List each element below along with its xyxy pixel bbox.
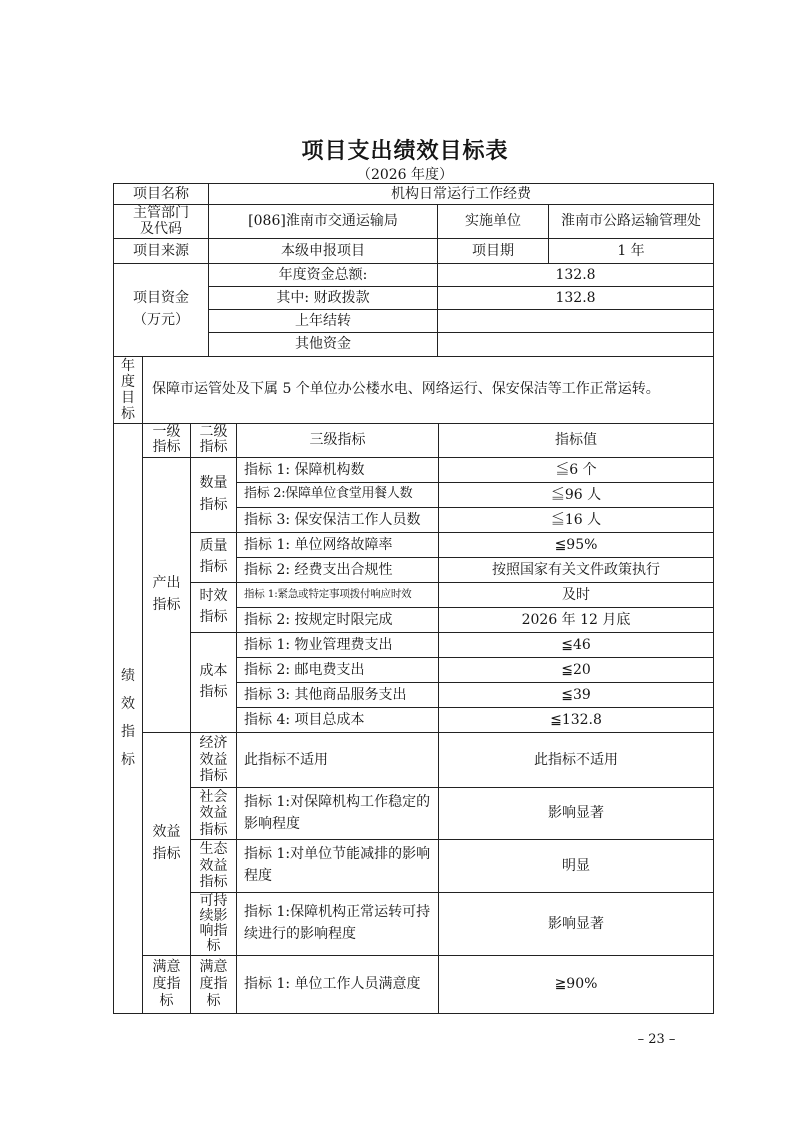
indicator-value-cell: ≦39 bbox=[439, 682, 714, 707]
indicator-value-cell: ≦20 bbox=[439, 657, 714, 682]
indicator-name-cell: 指标 1:保障机构正常运转可持续进行的影响程度 bbox=[237, 892, 439, 955]
project-name-value: 机构日常运行工作经费 bbox=[209, 184, 714, 205]
indicator-value-cell: 影响显著 bbox=[439, 892, 714, 955]
indicator-name-cell: 指标 1:对单位节能减排的影响程度 bbox=[237, 840, 439, 893]
indicator-value-cell: ≦6 个 bbox=[439, 457, 714, 482]
indicator-value-cell: 影响显著 bbox=[439, 787, 714, 840]
department-value: [086]淮南市交通运输局 bbox=[209, 205, 438, 239]
project-period-value: 1 年 bbox=[549, 238, 714, 263]
indicator-name-cell: 此指标不适用 bbox=[237, 732, 439, 787]
table-row: 项目来源 本级申报项目 项目期 1 年 bbox=[114, 238, 714, 263]
table-row: 年 度 目 标 保障市运管处及下属 5 个单位办公楼水电、网络运行、保安保洁等工… bbox=[114, 357, 714, 424]
indicator-value-cell: 2026 年 12 月底 bbox=[439, 607, 714, 632]
funding-total-value: 132.8 bbox=[438, 263, 714, 286]
indicator-name-cell: 指标 2: 邮电费支出 bbox=[237, 657, 439, 682]
table-row: 项目名称 机构日常运行工作经费 bbox=[114, 184, 714, 205]
indicator-value-cell: ≦96 人 bbox=[439, 482, 714, 507]
indicator-name-cell: 指标 1: 物业管理费支出 bbox=[237, 632, 439, 657]
table-row: 可持 续影 响指 标 指标 1:保障机构正常运转可持续进行的影响程度 影响显著 bbox=[114, 892, 714, 955]
level2-satisfaction: 满意 度指 标 bbox=[191, 955, 237, 1013]
performance-side-label: 绩 效 指 标 bbox=[114, 424, 143, 1014]
level2-quality: 质量 指标 bbox=[191, 532, 237, 582]
funding-fiscal-value: 132.8 bbox=[438, 286, 714, 309]
document-page: 项目支出绩效目标表 （2026 年度） 项目名称 机构日常运行工作经费 主管部门… bbox=[0, 0, 793, 1122]
funding-carryover-value bbox=[438, 309, 714, 332]
indicator-name-cell: 指标 1: 单位网络故障率 bbox=[237, 532, 439, 557]
annual-goal-table: 年 度 目 标 保障市运管处及下属 5 个单位办公楼水电、网络运行、保安保洁等工… bbox=[113, 356, 714, 424]
funding-label: 项目资金 （万元） bbox=[114, 263, 209, 356]
level2-social: 社会 效益 指标 bbox=[191, 787, 237, 840]
funding-total-label: 年度资金总额: bbox=[209, 263, 438, 286]
page-title: 项目支出绩效目标表 bbox=[97, 134, 713, 165]
indicator-name-cell: 指标 1: 保障机构数 bbox=[237, 457, 439, 482]
page-number: – 23 – bbox=[600, 1032, 713, 1047]
indicator-name-cell: 指标 2: 按规定时限完成 bbox=[237, 607, 439, 632]
table-row: 质量 指标 指标 1: 单位网络故障率 ≦95% bbox=[114, 532, 714, 557]
header-level2: 二级 指标 bbox=[191, 424, 237, 458]
indicator-name-cell: 指标 1:对保障机构工作稳定的影响程度 bbox=[237, 787, 439, 840]
indicator-value-cell: ≦16 人 bbox=[439, 507, 714, 532]
level2-cost: 成本 指标 bbox=[191, 632, 237, 732]
indicator-name-cell: 指标 3: 其他商品服务支出 bbox=[237, 682, 439, 707]
level2-ecological: 生态 效益 指标 bbox=[191, 840, 237, 893]
table-row: 项目资金 （万元） 年度资金总额: 132.8 bbox=[114, 263, 714, 286]
indicator-name-cell: 指标 3: 保安保洁工作人员数 bbox=[237, 507, 439, 532]
performance-indicator-table: 绩 效 指 标 一级 指标 二级 指标 三级指标 指标值 产出 指标 数量 指标… bbox=[113, 423, 714, 1014]
table-row: 效益 指标 经济 效益 指标 此指标不适用 此指标不适用 bbox=[114, 732, 714, 787]
indicator-value-cell: 此指标不适用 bbox=[439, 732, 714, 787]
table-row: 社会 效益 指标 指标 1:对保障机构工作稳定的影响程度 影响显著 bbox=[114, 787, 714, 840]
table-row: 满意 度指 标 满意 度指 标 指标 1: 单位工作人员满意度 ≧90% bbox=[114, 955, 714, 1013]
level1-satisfaction: 满意 度指 标 bbox=[143, 955, 191, 1013]
project-source-value: 本级申报项目 bbox=[209, 238, 438, 263]
indicator-value-cell: ≦46 bbox=[439, 632, 714, 657]
indicator-name-cell: 指标 2: 经费支出合规性 bbox=[237, 557, 439, 582]
funding-carryover-label: 上年结转 bbox=[209, 309, 438, 332]
indicator-name-cell: 指标 4: 项目总成本 bbox=[237, 707, 439, 732]
funding-fiscal-label: 其中: 财政拨款 bbox=[209, 286, 438, 309]
indicator-value-cell: ≦132.8 bbox=[439, 707, 714, 732]
project-source-label: 项目来源 bbox=[114, 238, 209, 263]
indicator-name-cell: 指标 2:保障单位食堂用餐人数 bbox=[237, 482, 439, 507]
annual-goal-text: 保障市运管处及下属 5 个单位办公楼水电、网络运行、保安保洁等工作正常运转。 bbox=[143, 357, 714, 424]
impl-unit-value: 淮南市公路运输管理处 bbox=[549, 205, 714, 239]
annual-goal-label: 年 度 目 标 bbox=[114, 357, 143, 424]
header-value: 指标值 bbox=[439, 424, 714, 458]
level2-quantity: 数量 指标 bbox=[191, 457, 237, 532]
indicator-value-cell: 明显 bbox=[439, 840, 714, 893]
indicator-name-cell: 指标 1:紧急或特定事项拨付响应时效 bbox=[237, 582, 439, 607]
funding-other-label: 其他资金 bbox=[209, 332, 438, 356]
table-row: 绩 效 指 标 一级 指标 二级 指标 三级指标 指标值 bbox=[114, 424, 714, 458]
project-info-table: 项目名称 机构日常运行工作经费 主管部门 及代码 [086]淮南市交通运输局 实… bbox=[113, 183, 714, 357]
indicator-value-cell: 及时 bbox=[439, 582, 714, 607]
table-row: 时效 指标 指标 1:紧急或特定事项拨付响应时效 及时 bbox=[114, 582, 714, 607]
funding-other-value bbox=[438, 332, 714, 356]
department-label: 主管部门 及代码 bbox=[114, 205, 209, 239]
level2-economic: 经济 效益 指标 bbox=[191, 732, 237, 787]
indicator-value-cell: ≦95% bbox=[439, 532, 714, 557]
level2-sustainable: 可持 续影 响指 标 bbox=[191, 892, 237, 955]
header-level1: 一级 指标 bbox=[143, 424, 191, 458]
indicator-value-cell: 按照国家有关文件政策执行 bbox=[439, 557, 714, 582]
level1-benefit: 效益 指标 bbox=[143, 732, 191, 955]
project-period-label: 项目期 bbox=[438, 238, 549, 263]
table-row: 成本 指标 指标 1: 物业管理费支出 ≦46 bbox=[114, 632, 714, 657]
table-row: 生态 效益 指标 指标 1:对单位节能减排的影响程度 明显 bbox=[114, 840, 714, 893]
level1-output: 产出 指标 bbox=[143, 457, 191, 732]
page-subtitle: （2026 年度） bbox=[97, 164, 713, 184]
impl-unit-label: 实施单位 bbox=[438, 205, 549, 239]
project-name-label: 项目名称 bbox=[114, 184, 209, 205]
indicator-name-cell: 指标 1: 单位工作人员满意度 bbox=[237, 955, 439, 1013]
indicator-value-cell: ≧90% bbox=[439, 955, 714, 1013]
level2-timeliness: 时效 指标 bbox=[191, 582, 237, 632]
table-row: 主管部门 及代码 [086]淮南市交通运输局 实施单位 淮南市公路运输管理处 bbox=[114, 205, 714, 239]
table-row: 产出 指标 数量 指标 指标 1: 保障机构数 ≦6 个 bbox=[114, 457, 714, 482]
header-level3: 三级指标 bbox=[237, 424, 439, 458]
